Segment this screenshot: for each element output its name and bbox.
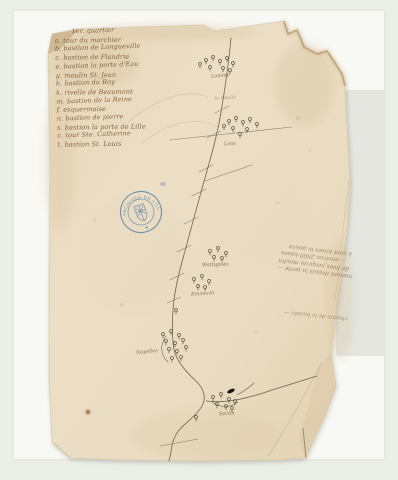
village-label: Loos xyxy=(224,142,236,148)
blue-smudge xyxy=(160,182,166,186)
legend-list: 1er. quartier a. tour du marchier b. bas… xyxy=(54,24,187,149)
village-label: Seclin xyxy=(219,412,235,418)
village-label: Wattignies xyxy=(202,263,229,269)
